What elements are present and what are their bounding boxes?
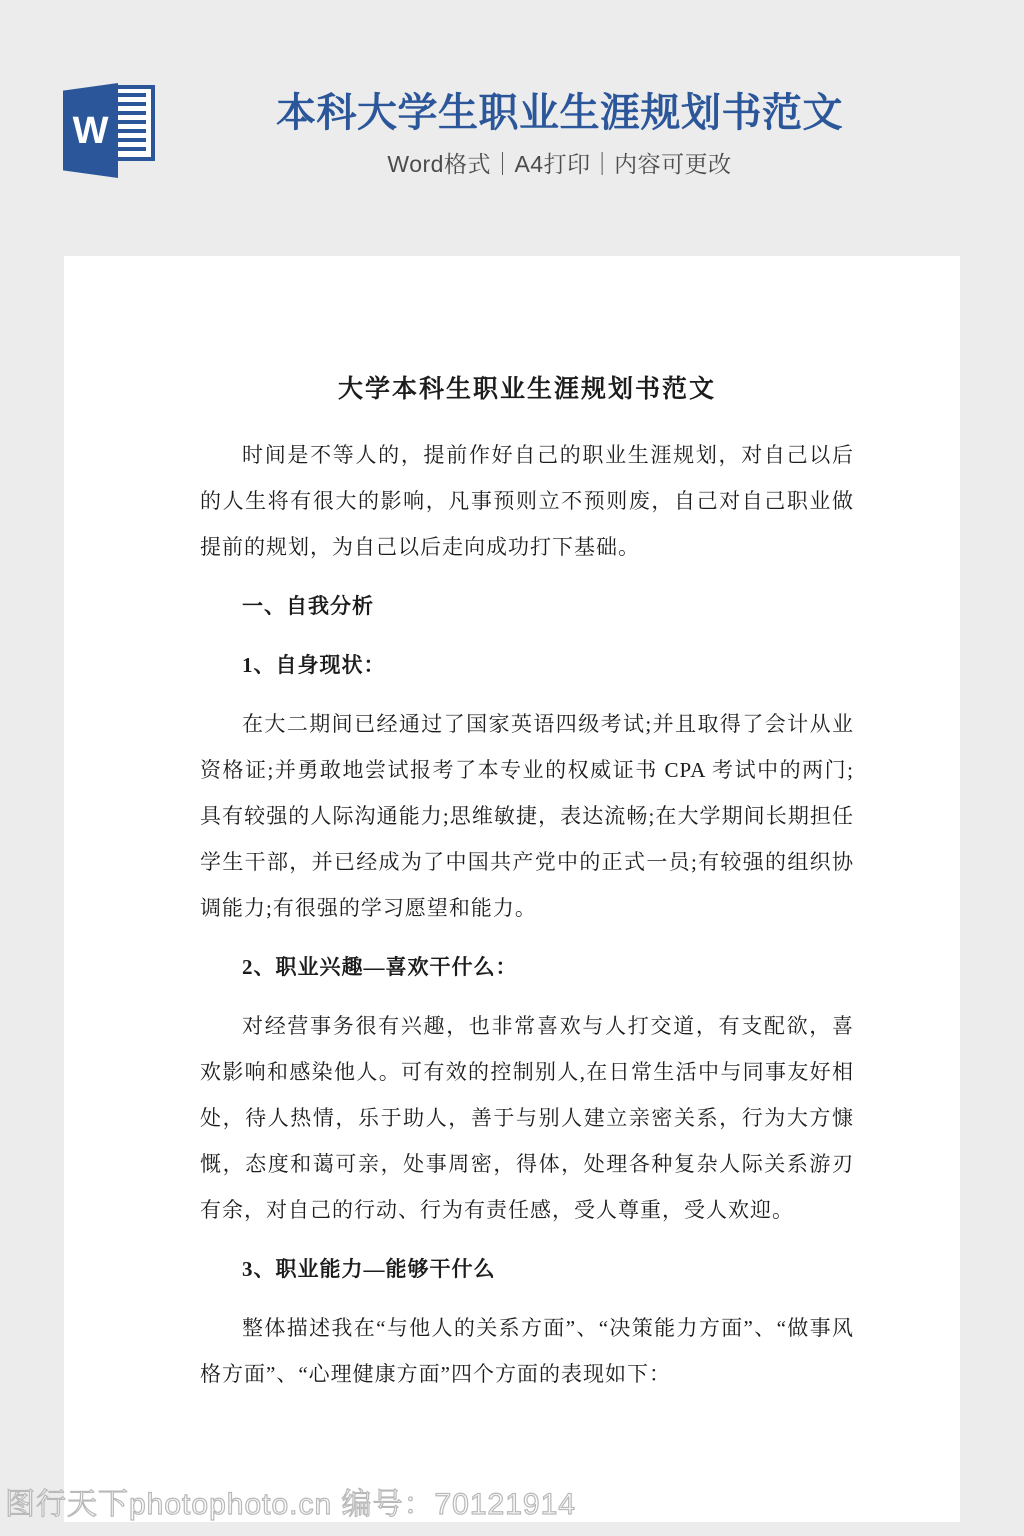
word-icon-page-lines	[114, 93, 146, 153]
paragraph-career-ability: 整体描述我在“与他人的关系方面”、“决策能力方面”、“做事风格方面”、“心理健康…	[200, 1305, 854, 1397]
paragraph-career-interest: 对经营事务很有兴趣，也非常喜欢与人打交道，有支配欲，喜欢影响和感染他人。可有效的…	[200, 1003, 854, 1233]
header-title: 本科大学生职业生涯规划书范文	[95, 90, 1024, 136]
paragraph-intro: 时间是不等人的，提前作好自己的职业生涯规划，对自己以后的人生将有很大的影响，凡事…	[200, 432, 854, 570]
heading-self-analysis: 一、自我分析	[200, 583, 854, 629]
word-icon-letter: W	[73, 112, 109, 150]
paragraph-current-status: 在大二期间已经通过了国家英语四级考试;并且取得了会计从业资格证;并勇敢地尝试报考…	[200, 701, 854, 931]
word-icon-flag: W	[63, 83, 118, 178]
header-text: 本科大学生职业生涯规划书范文 Word格式｜A4打印｜内容可更改	[95, 0, 1024, 178]
heading-career-ability: 3、职业能力—能够干什么	[200, 1246, 854, 1292]
page-background: W 本科大学生职业生涯规划书范文 Word格式｜A4打印｜内容可更改 大学本科生…	[0, 0, 1024, 1536]
document-card: 大学本科生职业生涯规划书范文 时间是不等人的，提前作好自己的职业生涯规划，对自己…	[64, 256, 960, 1522]
document-title: 大学本科生职业生涯规划书范文	[200, 374, 854, 406]
header-subtitle: Word格式｜A4打印｜内容可更改	[95, 150, 1024, 178]
watermark: 图行天下photophoto.cn 编号：70121914	[5, 1488, 576, 1522]
heading-career-interest: 2、职业兴趣—喜欢干什么：	[200, 944, 854, 990]
site-header: W 本科大学生职业生涯规划书范文 Word格式｜A4打印｜内容可更改	[0, 0, 1024, 256]
word-icon: W	[63, 83, 155, 178]
heading-current-status: 1、自身现状：	[200, 642, 854, 688]
